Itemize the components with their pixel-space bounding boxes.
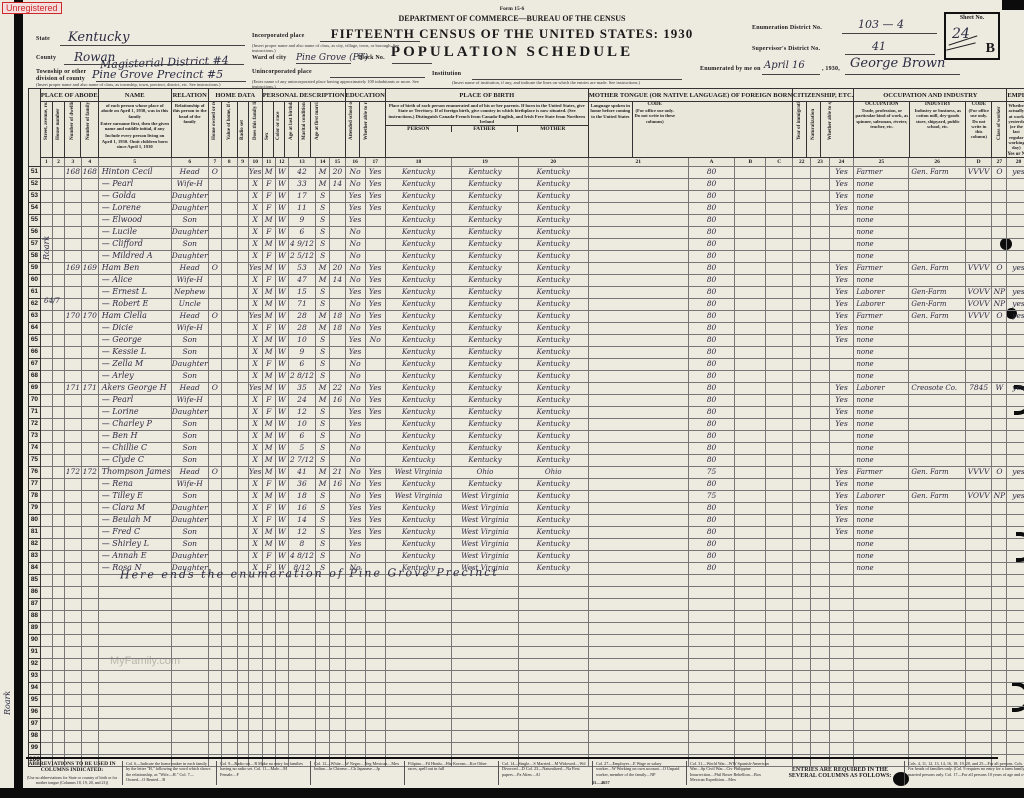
cell-pob (385, 730, 451, 742)
cell-ind (909, 706, 965, 718)
col-box-desc: Whether actually at work yesterday (or t… (1007, 102, 1024, 152)
cell-cd: VVVV (965, 466, 992, 478)
col-desc-line: Relationship of this person to the head … (172, 102, 208, 125)
cell-school: Yes (345, 502, 365, 514)
cell-read (365, 682, 385, 694)
cell-farm (248, 610, 262, 622)
line-number-col-header (29, 89, 41, 167)
cell-occ (854, 646, 909, 658)
cell-sex: F (262, 202, 275, 214)
line-number-left: 95 (29, 694, 41, 706)
cell-tongue (588, 370, 688, 382)
cell-school: Yes (345, 334, 365, 346)
cell-read (365, 634, 385, 646)
cell-owned (208, 238, 221, 250)
cell-agemar: 21 (330, 466, 345, 478)
cell-owned (208, 502, 221, 514)
cell-immig (793, 250, 811, 262)
cell-ca (688, 694, 735, 706)
cell-immig (793, 166, 811, 178)
cell-cc (766, 202, 793, 214)
col-number-ca: A (688, 157, 735, 166)
cell-family (81, 502, 98, 514)
cell-immig (793, 634, 811, 646)
cell-pobf: Kentucky (452, 394, 518, 406)
cell-occ: none (854, 394, 909, 406)
cell-owned (208, 634, 221, 646)
cell-relation (171, 646, 208, 658)
cell-family (81, 670, 98, 682)
cell-occ (854, 694, 909, 706)
sheet-letter: B (986, 41, 995, 57)
cell-ind: Gen. Farm (909, 262, 965, 274)
cell-cd (965, 322, 992, 334)
cell-pobm: Kentucky (518, 478, 588, 490)
cell-relation: Wife-H (171, 322, 208, 334)
cell-tongue (588, 574, 688, 586)
cell-work (1007, 526, 1024, 538)
cell-relation: Daughter (171, 190, 208, 202)
line-number-left: 80 (29, 514, 41, 526)
cell-value (221, 406, 237, 418)
cell-farm: X (248, 514, 262, 526)
cell-street (40, 670, 52, 682)
cell-agemar (330, 238, 345, 250)
cell-pob: Kentucky (385, 538, 451, 550)
cell-sex: F (262, 322, 275, 334)
cell-occ: none (854, 202, 909, 214)
cell-eng (829, 538, 854, 550)
cell-marital: S (316, 370, 330, 382)
cell-tongue (588, 310, 688, 322)
cell-house (52, 358, 64, 370)
table-row-line-76: 76172172Thompson JamesHeadOYesMW41M21NoY… (29, 466, 1024, 478)
cell-street (40, 730, 52, 742)
cell-agemar (330, 742, 345, 754)
cell-ca (688, 718, 735, 730)
cell-pob (385, 634, 451, 646)
cell-street (40, 622, 52, 634)
cell-agemar (330, 334, 345, 346)
cell-agemar (330, 250, 345, 262)
cell-owned (208, 274, 221, 286)
cell-farm: X (248, 526, 262, 538)
cell-tongue (588, 214, 688, 226)
cell-pobf (452, 622, 518, 634)
cell-agemar (330, 190, 345, 202)
cell-house (52, 658, 64, 670)
col-group-abode: PLACE OF ABODE (40, 89, 98, 102)
cell-ind (909, 718, 965, 730)
cell-pobf (452, 742, 518, 754)
cell-pobm (518, 610, 588, 622)
cell-value (221, 274, 237, 286)
cell-color: W (275, 382, 288, 394)
cell-tongue (588, 646, 688, 658)
cell-immig (793, 622, 811, 634)
cell-family (81, 598, 98, 610)
cell-cls: NP (992, 490, 1007, 502)
table-row-line-52: 52— PearlWife-HXFW33M14NoYesKentuckyKent… (29, 178, 1024, 190)
cell-school: No (345, 370, 365, 382)
cell-ind (909, 730, 965, 742)
cell-sex: F (262, 250, 275, 262)
cell-read (365, 610, 385, 622)
cell-cls (992, 550, 1007, 562)
cell-ind: Gen. Farm (909, 166, 965, 178)
cell-school: Yes (345, 202, 365, 214)
cell-relation: Head (171, 382, 208, 394)
cell-immig (793, 454, 811, 466)
cell-cb (735, 730, 766, 742)
cell-house (52, 574, 64, 586)
cell-age: 16 (288, 502, 315, 514)
cell-work (1007, 646, 1024, 658)
cell-eng (829, 562, 854, 574)
cell-school: No (345, 430, 365, 442)
cell-pob (385, 646, 451, 658)
cell-relation: Daughter (171, 502, 208, 514)
cell-radio (237, 694, 248, 706)
cell-ca (688, 610, 735, 622)
cell-color (275, 658, 288, 670)
cell-tongue (588, 262, 688, 274)
cell-relation: Daughter (171, 358, 208, 370)
col-desc-dwelling: Number of dwelling house in order of vis… (65, 102, 81, 157)
cell-cd (965, 574, 992, 586)
cell-relation: Son (171, 430, 208, 442)
cell-dwelling (65, 430, 82, 442)
sub-col-person: PERSON (386, 126, 452, 132)
cell-ca: 75 (688, 466, 735, 478)
cell-agemar (330, 370, 345, 382)
cell-relation: Daughter (171, 250, 208, 262)
cell-family (81, 538, 98, 550)
cell-cls (992, 454, 1007, 466)
cell-cls: O (992, 310, 1007, 322)
cell-name (98, 658, 171, 670)
cell-natur (811, 490, 829, 502)
cell-family (81, 190, 98, 202)
cell-cc (766, 382, 793, 394)
supervisor-district-label: Supervisor's District No. (752, 46, 820, 52)
cell-owned: O (208, 166, 221, 178)
cell-eng: Yes (829, 190, 854, 202)
cell-marital (316, 658, 330, 670)
cell-natur (811, 214, 829, 226)
cell-owned (208, 514, 221, 526)
cell-cls (992, 346, 1007, 358)
cell-radio (237, 370, 248, 382)
cell-pobm (518, 706, 588, 718)
cell-cls (992, 334, 1007, 346)
cell-owned (208, 658, 221, 670)
cell-tongue (588, 622, 688, 634)
cell-sex: M (262, 382, 275, 394)
cell-work (1007, 214, 1024, 226)
cell-ca: 75 (688, 490, 735, 502)
cell-cc (766, 514, 793, 526)
cell-sex (262, 706, 275, 718)
cell-house (52, 334, 64, 346)
cell-pobf (452, 586, 518, 598)
cell-cb (735, 742, 766, 754)
cell-cls: O (992, 466, 1007, 478)
cell-natur (811, 514, 829, 526)
cell-color: W (275, 202, 288, 214)
cell-cls (992, 274, 1007, 286)
cell-occ: Laborer (854, 382, 909, 394)
col-box-sub: Yes or No (1007, 152, 1024, 157)
line-number-left: 68 (29, 370, 41, 382)
cell-ind (909, 514, 965, 526)
cell-cc (766, 454, 793, 466)
cell-occ: Farmer (854, 166, 909, 178)
cell-pobm: Kentucky (518, 298, 588, 310)
col-group-mid-relation: Relationship of this person to the head … (171, 102, 208, 158)
cell-tongue (588, 298, 688, 310)
table-row-line-91: 9191 (29, 646, 1024, 658)
cell-relation: Daughter (171, 202, 208, 214)
cell-color (275, 730, 288, 742)
cell-marital (316, 670, 330, 682)
cell-agemar (330, 730, 345, 742)
cell-age: 2 5/12 (288, 250, 315, 262)
line-number-left: 64 (29, 322, 41, 334)
cell-marital: S (316, 214, 330, 226)
cell-cc (766, 442, 793, 454)
cell-sex (262, 586, 275, 598)
cell-farm: X (248, 238, 262, 250)
cell-age (288, 670, 315, 682)
incorporated-blank-line (320, 40, 420, 42)
cell-age: 17 (288, 190, 315, 202)
cell-color: W (275, 334, 288, 346)
cell-marital (316, 586, 330, 598)
cell-family (81, 706, 98, 718)
cell-sex (262, 730, 275, 742)
cell-radio (237, 214, 248, 226)
cell-dwelling (65, 730, 82, 742)
table-row-line-69: 69171171Akers George HHeadOYesMW35M22NoY… (29, 382, 1024, 394)
cell-ind (909, 322, 965, 334)
abbreviations-title: ABBREVIATIONS TO BE USED IN COLUMNS INDI… (26, 761, 118, 785)
cell-ca: 80 (688, 202, 735, 214)
block-blank-line (392, 62, 432, 64)
cell-cb (735, 598, 766, 610)
cell-pob: Kentucky (385, 166, 451, 178)
cell-house (52, 490, 64, 502)
cell-house (52, 202, 64, 214)
cell-work (1007, 598, 1024, 610)
col-number-natur: 23 (811, 157, 829, 166)
cell-read (365, 538, 385, 550)
cell-dwelling (65, 238, 82, 250)
cell-agemar (330, 526, 345, 538)
cell-eng (829, 238, 854, 250)
cell-agemar: 16 (330, 394, 345, 406)
cell-dwelling (65, 706, 82, 718)
cell-occ (854, 718, 909, 730)
cell-pobm: Kentucky (518, 262, 588, 274)
cell-pob (385, 682, 451, 694)
table-row-line-63: 63170170Ham ClellaHeadOYesMW28M18NoYesKe… (29, 310, 1024, 322)
cell-ca: 80 (688, 514, 735, 526)
cell-street (40, 538, 52, 550)
cell-family (81, 610, 98, 622)
cell-occ: none (854, 226, 909, 238)
cell-immig (793, 382, 811, 394)
enumeration-district-value: 103 — 4 (858, 18, 904, 31)
cell-value (221, 214, 237, 226)
cell-cb (735, 298, 766, 310)
cell-street (40, 646, 52, 658)
cell-cd (965, 406, 992, 418)
cell-family (81, 490, 98, 502)
cell-cd (965, 622, 992, 634)
cell-relation (171, 718, 208, 730)
cell-street (40, 370, 52, 382)
cell-relation: Head (171, 262, 208, 274)
cell-house (52, 262, 64, 274)
cell-pobf (452, 610, 518, 622)
cell-pobf: Ohio (452, 466, 518, 478)
cell-eng: Yes (829, 478, 854, 490)
cell-cls (992, 238, 1007, 250)
cell-natur (811, 634, 829, 646)
cell-ind (909, 454, 965, 466)
cell-tongue (588, 406, 688, 418)
cell-eng: Yes (829, 334, 854, 346)
cell-tongue (588, 178, 688, 190)
cell-read: Yes (365, 406, 385, 418)
cell-natur (811, 166, 829, 178)
col-desc-text-age: Age at last birthday (289, 102, 294, 140)
cell-eng (829, 430, 854, 442)
line-number-left: 82 (29, 538, 41, 550)
abbrev-col: Col. 9—Radio set....R Make no entry for … (216, 761, 306, 785)
cell-school: No (345, 226, 365, 238)
col-group-pob: PLACE OF BIRTH (385, 89, 588, 102)
cell-cc (766, 694, 793, 706)
cell-dwelling: 172 (65, 466, 82, 478)
col-group-mid-pob: Place of birth of each person enumerated… (385, 102, 588, 158)
cell-dwelling (65, 202, 82, 214)
cell-work (1007, 694, 1024, 706)
cell-natur (811, 394, 829, 406)
cell-color: W (275, 166, 288, 178)
cell-pobm: Kentucky (518, 406, 588, 418)
cell-ca: 80 (688, 334, 735, 346)
cell-pobf: West Virginia (452, 538, 518, 550)
cell-cd (965, 586, 992, 598)
cell-agemar (330, 406, 345, 418)
cell-school: No (345, 358, 365, 370)
cell-street (40, 718, 52, 730)
cell-house (52, 478, 64, 490)
cell-occ: none (854, 346, 909, 358)
table-row-line-56: 56— LucileDaughterXFW6SNoKentuckyKentuck… (29, 226, 1024, 238)
cell-natur (811, 286, 829, 298)
cell-ind (909, 442, 965, 454)
cell-house (52, 322, 64, 334)
cell-relation (171, 682, 208, 694)
cell-pobf: Kentucky (452, 262, 518, 274)
col-number-farm: 10 (248, 157, 262, 166)
cell-natur (811, 682, 829, 694)
cell-ca: 80 (688, 526, 735, 538)
cell-radio (237, 706, 248, 718)
cell-family (81, 178, 98, 190)
cell-eng: Yes (829, 262, 854, 274)
cell-eng (829, 622, 854, 634)
cell-pobm: Kentucky (518, 166, 588, 178)
cell-owned (208, 670, 221, 682)
cell-cd: VVVV (965, 166, 992, 178)
cell-dwelling (65, 694, 82, 706)
cell-tongue (588, 382, 688, 394)
cell-cc (766, 370, 793, 382)
cell-value (221, 718, 237, 730)
cell-house (52, 226, 64, 238)
cell-ind (909, 634, 965, 646)
col-box-desc: Language spoken in home before coming to… (589, 102, 632, 120)
cell-marital: S (316, 418, 330, 430)
cell-ca: 80 (688, 406, 735, 418)
cell-cc (766, 190, 793, 202)
cell-marital: S (316, 514, 330, 526)
table-row-line-82: 82— Shirley LSonXMW8SYesKentuckyWest Vir… (29, 538, 1024, 550)
cell-color: W (275, 418, 288, 430)
cell-value (221, 538, 237, 550)
cell-school (345, 646, 365, 658)
scan-edge-strip-left (14, 0, 23, 792)
col-box-cd: CODE(For office use only. Do not write i… (966, 102, 992, 157)
cell-street (40, 274, 52, 286)
cell-dwelling: 171 (65, 382, 82, 394)
cell-house (52, 598, 64, 610)
cell-farm (248, 670, 262, 682)
cell-house (52, 538, 64, 550)
cell-natur (811, 358, 829, 370)
cell-cc (766, 682, 793, 694)
cell-natur (811, 322, 829, 334)
cell-immig (793, 658, 811, 670)
cell-school: No (345, 310, 365, 322)
col-desc-text-school: Attended school or college any time sinc… (349, 102, 354, 140)
table-row-line-59: 59169169Ham BenHeadOYesMW53M20NoYesKentu… (29, 262, 1024, 274)
cell-pobf: Kentucky (452, 166, 518, 178)
cell-owned (208, 718, 221, 730)
cell-relation (171, 610, 208, 622)
cell-house (52, 406, 64, 418)
cell-street (40, 310, 52, 322)
cell-occ (854, 574, 909, 586)
cell-occ (854, 742, 909, 754)
cell-school: No (345, 238, 365, 250)
cell-color: W (275, 502, 288, 514)
cell-cc (766, 334, 793, 346)
cell-value (221, 298, 237, 310)
cell-age: 42 (288, 166, 315, 178)
cell-dwelling (65, 562, 82, 574)
cell-farm: X (248, 358, 262, 370)
line-number-left: 60 (29, 274, 41, 286)
col-box-ca-cb-cc: CODE(For office use only. Do not write i… (633, 102, 677, 157)
table-row-line-62: 62— Robert EUncleXMW71SNoYesKentuckyKent… (29, 298, 1024, 310)
cell-radio (237, 406, 248, 418)
cell-marital: S (316, 190, 330, 202)
